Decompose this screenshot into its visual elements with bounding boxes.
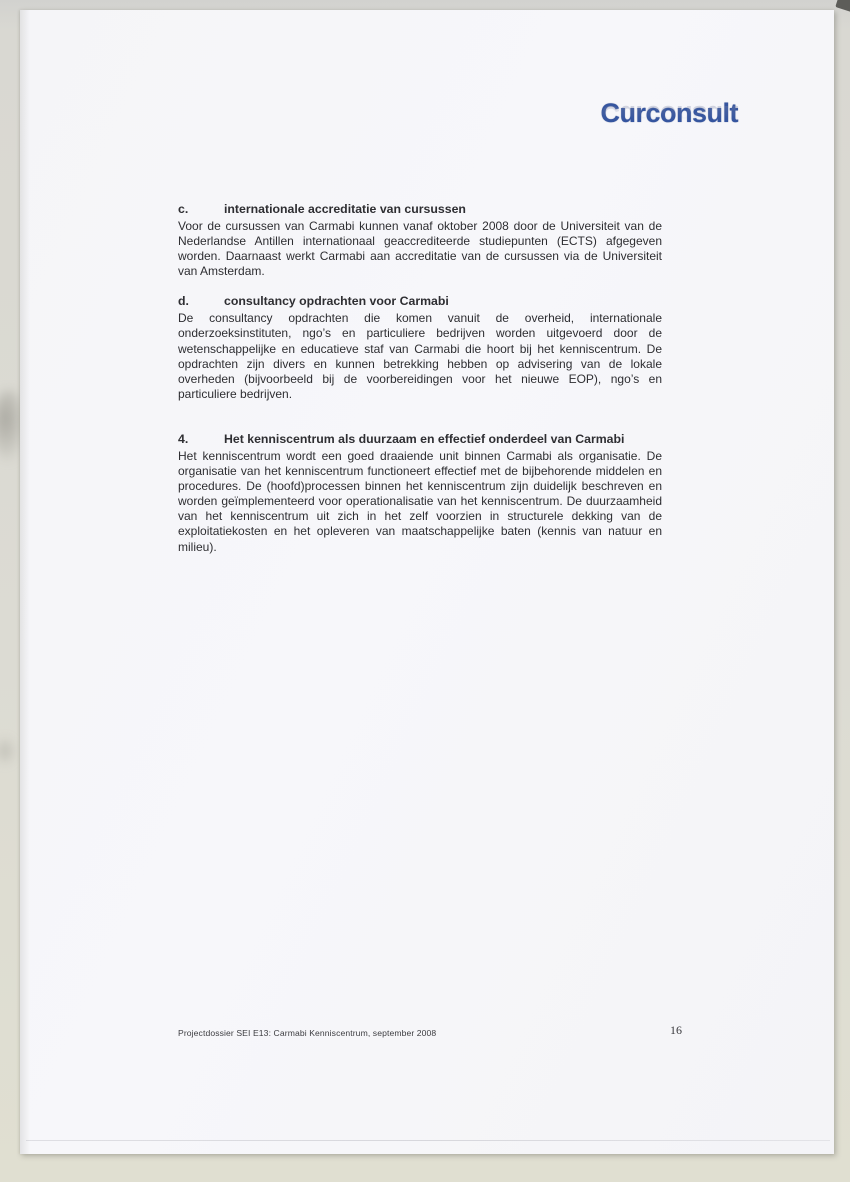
- section-d-heading-row: d. consultancy opdrachten voor Carmabi: [178, 294, 662, 309]
- company-logo: Curconsult Curconsult: [600, 100, 738, 155]
- scan-smudge: [0, 736, 16, 766]
- document-content: c. internationale accreditatie van cursu…: [178, 202, 662, 555]
- binder-holes: [22, 23, 46, 1145]
- section-d-title: consultancy opdrachten voor Carmabi: [224, 294, 449, 309]
- section-4-label: 4.: [178, 432, 224, 447]
- section-c-title: internationale accreditatie van cursusse…: [224, 202, 466, 217]
- paper-sheet: Curconsult Curconsult c. internationale …: [20, 10, 834, 1154]
- section-4-paragraph: Het kenniscentrum wordt een goed draaien…: [178, 449, 662, 555]
- section-c: c. internationale accreditatie van cursu…: [178, 202, 662, 279]
- section-c-paragraph: Voor de cursussen van Carmabi kunnen van…: [178, 219, 662, 279]
- section-c-label: c.: [178, 202, 224, 217]
- page-number: 16: [648, 1023, 682, 1038]
- logo-reflection: Curconsult: [600, 101, 738, 128]
- section-d: d. consultancy opdrachten voor Carmabi D…: [178, 294, 662, 402]
- section-d-paragraph: De consultancy opdrachten die komen vanu…: [178, 311, 662, 402]
- scanned-document-page: { "logo": { "text": "Curconsult", "color…: [0, 0, 850, 1182]
- section-4: 4. Het kenniscentrum als duurzaam en eff…: [178, 432, 662, 555]
- section-c-heading-row: c. internationale accreditatie van cursu…: [178, 202, 662, 217]
- section-d-label: d.: [178, 294, 224, 309]
- section-4-title: Het kenniscentrum als duurzaam en effect…: [224, 432, 624, 447]
- section-4-heading-row: 4. Het kenniscentrum als duurzaam en eff…: [178, 432, 662, 447]
- scan-corner-artifact: [835, 0, 850, 12]
- footer-document-reference: Projectdossier SEI E13: Carmabi Kennisce…: [178, 1028, 436, 1038]
- paper-crease: [26, 1140, 830, 1141]
